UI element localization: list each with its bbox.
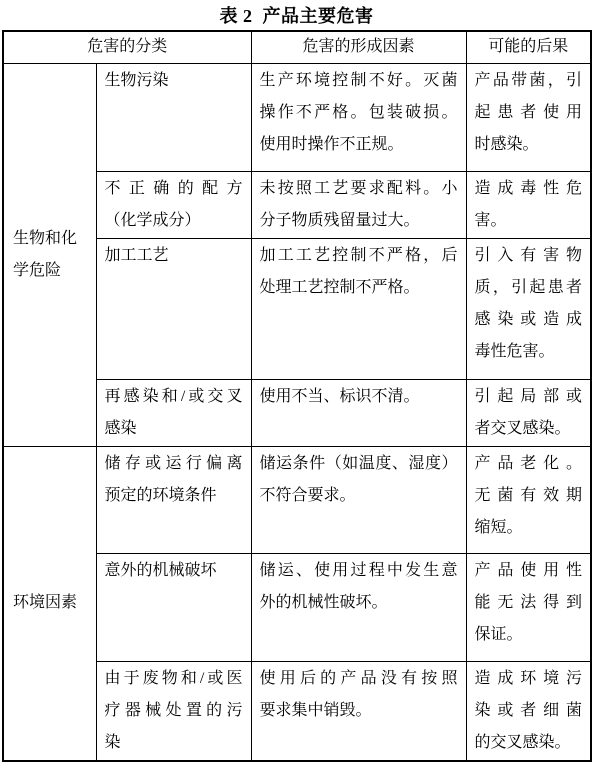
consequence-cell: 引起局部或者交叉感染。 bbox=[466, 379, 591, 446]
category-cell: 意外的机械破坏 bbox=[96, 553, 251, 661]
category-cell: 不正确的配方（化学成分） bbox=[96, 171, 251, 238]
category-cell: 加工工艺 bbox=[96, 238, 251, 379]
consequence-cell: 产品带菌，引起患者使用时感染。 bbox=[466, 63, 591, 171]
table-header-row: 危害的分类 危害的形成因素 可能的后果 bbox=[3, 31, 591, 63]
table-row-storage-deviation: 环境因素 储存或运行偏离预定的环境条件 储运条件（如温度、湿度）不符合要求。 产… bbox=[3, 446, 591, 553]
consequence-cell: 产品老化。无菌有效期缩短。 bbox=[466, 446, 591, 553]
category-cell: 由于废物和/或医疗器械处置的污染 bbox=[96, 661, 251, 761]
category-cell: 储存或运行偏离预定的环境条件 bbox=[96, 446, 251, 553]
group-bio-chem-cell: 生物和化学危险 bbox=[3, 63, 96, 446]
group-environment-cell: 环境因素 bbox=[3, 446, 96, 761]
table-row-bio-contamination: 生物和化学危险 生物污染 生产环境控制不好。灭菌操作不严格。包装破损。使用时操作… bbox=[3, 63, 591, 171]
consequence-cell: 产品使用性能无法得到保证。 bbox=[466, 553, 591, 661]
page-title: 表 2 产品主要危害 bbox=[0, 0, 593, 27]
cause-cell: 储运条件（如温度、湿度）不符合要求。 bbox=[251, 446, 466, 553]
hazard-table: 危害的分类 危害的形成因素 可能的后果 生物和化学危险 生物污染 生产环境控制不… bbox=[2, 30, 592, 762]
consequence-cell: 引入有害物质，引起患者感染或造成毒性危害。 bbox=[466, 238, 591, 379]
category-cell: 再感染和/或交叉感染 bbox=[96, 379, 251, 446]
consequence-cell: 造成环境污染或者细菌的交叉感染。 bbox=[466, 661, 591, 761]
cause-cell: 储运、使用过程中发生意外的机械性破坏。 bbox=[251, 553, 466, 661]
header-consequence-cell: 可能的后果 bbox=[466, 31, 591, 63]
consequence-cell: 造成毒性危害。 bbox=[466, 171, 591, 238]
cause-cell: 使用不当、标识不清。 bbox=[251, 379, 466, 446]
cause-cell: 加工工艺控制不严格，后处理工艺控制不严格。 bbox=[251, 238, 466, 379]
cause-cell: 未按照工艺要求配料。小分子物质残留量过大。 bbox=[251, 171, 466, 238]
category-cell: 生物污染 bbox=[96, 63, 251, 171]
header-cause-cell: 危害的形成因素 bbox=[251, 31, 466, 63]
cause-cell: 生产环境控制不好。灭菌操作不严格。包装破损。使用时操作不正规。 bbox=[251, 63, 466, 171]
cause-cell: 使用后的产品没有按照要求集中销毁。 bbox=[251, 661, 466, 761]
header-classification-cell: 危害的分类 bbox=[3, 31, 251, 63]
